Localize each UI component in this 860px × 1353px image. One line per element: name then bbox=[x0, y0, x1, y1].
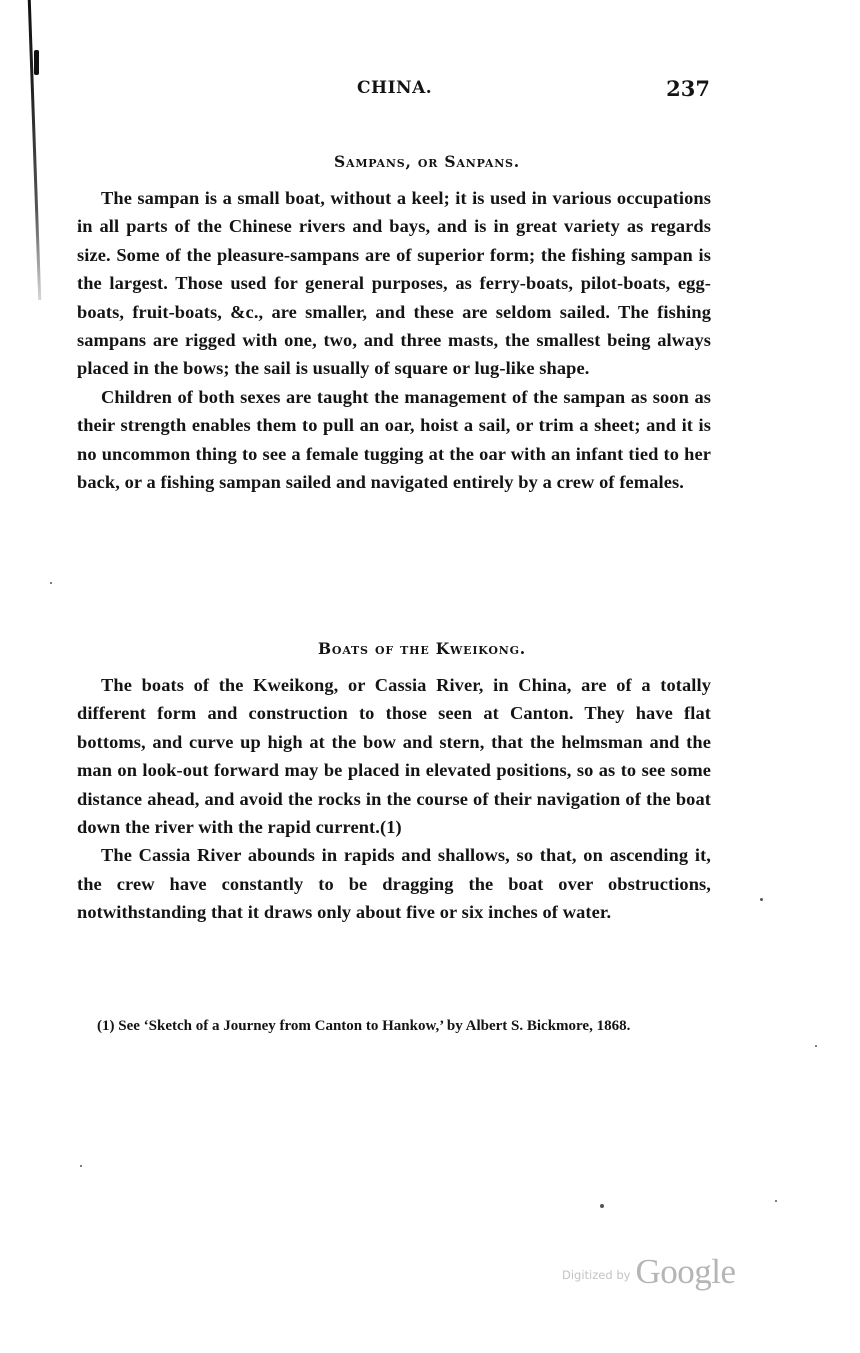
footnote: (1) See ‘Sketch of a Journey from Canton… bbox=[77, 1015, 713, 1038]
section-heading-sampans: Sampans, or Sanpans. bbox=[0, 152, 857, 171]
paragraph: Children of both sexes are taught the ma… bbox=[77, 383, 711, 497]
scan-speck bbox=[80, 1165, 82, 1167]
scan-speck bbox=[815, 1045, 817, 1047]
paragraph: The boats of the Kweikong, or Cassia Riv… bbox=[77, 671, 711, 841]
footnote-body: See ‘Sketch of a Journey from Canton to … bbox=[118, 1018, 630, 1034]
footnote-text: (1) See ‘Sketch of a Journey from Canton… bbox=[77, 1015, 713, 1038]
section-heading-kweikong: Boats of the Kweikong. bbox=[0, 639, 852, 658]
watermark-prefix: Digitized by bbox=[562, 1268, 630, 1282]
paragraph: The Cassia River abounds in rapids and s… bbox=[77, 841, 711, 926]
scan-speck bbox=[50, 582, 52, 584]
paragraph-text: The boats of the Kweikong, or Cassia Riv… bbox=[77, 675, 711, 837]
footnote-reference[interactable]: (1) bbox=[380, 817, 402, 837]
running-head: CHINA. 237 bbox=[0, 78, 860, 102]
scan-speck bbox=[600, 1204, 604, 1208]
section-body-sampans: The sampan is a small boat, without a ke… bbox=[77, 184, 711, 496]
section-body-kweikong: The boats of the Kweikong, or Cassia Riv… bbox=[77, 671, 711, 927]
scan-speck bbox=[775, 1200, 777, 1202]
paragraph: The sampan is a small boat, without a ke… bbox=[77, 184, 711, 383]
digitized-watermark: Digitized by Google bbox=[562, 1252, 736, 1292]
scan-binding-edge bbox=[28, 0, 41, 300]
footnote-marker: (1) bbox=[97, 1018, 115, 1034]
google-logo: Google bbox=[636, 1252, 736, 1291]
running-title: CHINA. bbox=[357, 78, 432, 98]
scan-binding-mark bbox=[34, 50, 39, 75]
scan-speck bbox=[760, 898, 763, 901]
book-page: CHINA. 237 Sampans, or Sanpans. The samp… bbox=[0, 0, 860, 1353]
page-number: 237 bbox=[666, 76, 710, 101]
